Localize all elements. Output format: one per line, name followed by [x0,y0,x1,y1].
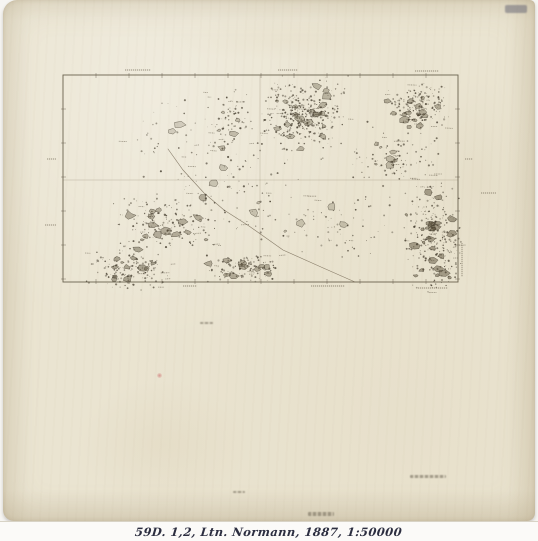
island-blob [204,238,208,241]
islet-dot [298,125,300,127]
islet-dot [428,104,429,105]
islet-dot [327,231,329,233]
island-blob [297,219,305,227]
islet-dot [339,230,340,231]
islet-dot [313,100,314,101]
islet-dot [280,134,282,136]
islet-dot [157,254,158,255]
islet-dot [316,124,318,126]
islet-dot [423,206,424,207]
islet-dot [410,164,412,166]
islet-dot [244,273,246,275]
islet-dot [138,215,139,216]
islet-dot [289,86,290,87]
islet-dot [420,91,422,93]
islet-dot [417,234,418,235]
islet-dot [141,233,142,234]
islet-dot [184,189,185,190]
islet-dot [290,118,292,120]
islet-dot [436,137,438,139]
islet-dot [375,160,377,162]
islet-dot [234,108,235,109]
islet-dot [309,97,310,98]
islet-dot [431,217,432,218]
islet-dot [310,131,312,133]
islet-dot [342,124,343,125]
islet-dot [108,276,110,278]
islet-dot [262,192,263,193]
islet-dot [419,86,420,87]
islet-dot [274,83,275,84]
islet-dot [400,114,402,116]
islet-dot [244,191,246,193]
islet-dot [146,204,148,206]
islet-dot [280,143,282,145]
islet-dot [421,219,423,221]
islet-dot [248,262,250,264]
islet-dot [390,113,391,114]
island-blob [400,116,409,123]
islet-dot [415,151,417,153]
islet-dot [431,87,432,88]
islet-dot [265,184,266,185]
islet-dot [176,199,177,200]
islet-dot [425,259,427,261]
islet-dot [431,242,432,243]
islet-dot [319,142,320,143]
islet-dot [435,114,436,115]
islet-dot [143,176,145,178]
islet-dot [166,217,167,218]
islet-dot [441,282,442,283]
islet-dot [298,142,300,144]
islet-dot [322,117,323,118]
islet-dot [88,282,90,284]
islet-dot [282,76,283,77]
islet-dot [333,95,335,97]
island-blob [161,227,171,235]
islet-dot [223,127,224,128]
islet-dot [147,274,149,276]
islet-dot [307,129,308,130]
islet-dot [444,262,446,264]
islet-dot [416,243,418,245]
islet-dot [235,112,237,114]
islet-dot [188,176,189,177]
islet-dot [459,252,460,253]
islet-dot [438,91,439,92]
islet-dot [302,99,304,101]
islet-dot [224,141,226,143]
islet-dot [252,211,253,212]
islet-dot [293,98,294,99]
islet-dot [412,266,413,267]
islet-dot [297,100,299,102]
islet-dot [232,140,233,141]
islet-dot [319,141,321,143]
islet-dot [432,232,433,233]
islet-dot [102,257,103,258]
islet-dot [339,229,340,230]
islet-dot [298,105,300,107]
islet-dot [224,212,226,214]
island-blob [218,146,225,151]
islet-dot [127,282,128,283]
islet-dot [231,142,232,143]
islet-dot [161,208,162,209]
islet-dot [257,256,259,258]
islet-dot [447,249,448,250]
islet-dot [355,209,357,211]
islet-dot [299,133,301,135]
islet-dot [333,117,335,119]
islet-dot [232,266,234,268]
island-blob [264,264,270,269]
island-blob [391,111,397,115]
islet-dot [179,202,180,203]
islet-dot [294,86,296,88]
islet-dot [409,107,411,109]
islet-dot [156,199,157,200]
islet-dot [176,209,178,211]
island-blob [425,189,433,196]
islet-dot [293,120,295,122]
islet-dot [403,107,405,109]
islet-dot [275,219,277,221]
islet-dot [190,217,191,218]
islet-dot [275,108,276,109]
islet-dot [153,151,154,152]
islet-dot [445,214,447,216]
island-blob [221,111,225,113]
islet-dot [335,105,336,106]
islet-dot [267,215,269,217]
islet-dot [432,215,433,216]
islet-dot [450,250,451,251]
islet-dot [325,216,327,218]
islet-dot [424,187,425,188]
islet-dot [144,229,145,230]
islet-dot [233,126,234,127]
islet-dot [219,279,221,281]
islet-dot [231,129,232,130]
island-blob [328,204,335,211]
islet-dot [420,254,421,255]
islet-dot [303,93,304,94]
islet-dot [172,222,174,224]
islet-dot [96,262,97,263]
islet-dot [313,219,314,220]
island-blob [121,262,124,264]
islet-dot [136,223,138,225]
island-blob [283,100,289,104]
islet-dot [120,272,122,274]
islet-dot [291,101,293,103]
islet-dot [424,119,426,121]
islet-dot [121,274,123,276]
islet-dot [427,96,428,97]
islet-dot [393,172,394,173]
islet-dot [236,105,237,106]
islet-dot [225,134,226,135]
islet-dot [130,202,132,204]
islet-dot [285,86,286,87]
island-blob [386,162,394,168]
islet-dot [243,185,245,187]
islet-dot [142,224,144,226]
islet-dot [268,130,270,132]
islet-dot [141,150,143,152]
islet-dot [320,245,322,247]
islet-dot [422,119,424,121]
islet-dot [327,129,328,130]
islet-dot [371,237,372,238]
islet-dot [433,270,434,271]
islet-dot [136,263,137,264]
islet-dot [205,218,206,219]
islet-dot [419,252,420,253]
islet-dot [441,108,442,109]
islet-dot [328,220,329,221]
islet-dot [290,90,292,92]
islet-dot [289,105,291,107]
islet-dot [436,244,437,245]
islet-dot [153,112,154,113]
islet-dot [241,107,243,109]
islet-dot [245,161,246,162]
islet-dot [143,221,144,222]
islet-dot [142,263,144,265]
islet-dot [337,231,339,233]
islet-dot [442,239,443,240]
islet-dot [421,83,423,85]
islet-dot [171,227,172,228]
islet-dot [148,232,149,233]
islet-dot [112,287,113,288]
islet-dot [327,117,328,118]
islet-dot [247,112,249,114]
islet-dot [327,227,328,228]
islet-dot [308,104,309,105]
islet-dot [251,128,252,129]
islet-dot [436,233,437,234]
islet-dot [346,240,347,241]
islet-dot [268,97,270,99]
islet-dot [433,102,435,104]
islet-dot [413,255,414,256]
islet-dot [401,173,402,174]
islet-dot [134,198,135,199]
island-blob [125,211,136,220]
island-blob [375,163,378,165]
islet-dot [153,286,155,288]
caption-strip: 59D. 1,2, Ltn. Normann, 1887, 1:50000 [0,521,538,541]
islet-dot [424,92,426,94]
islet-dot [419,118,420,119]
islet-dot [233,111,234,112]
islet-dot [308,101,309,102]
islet-dot [454,244,456,246]
island-blob [439,270,450,277]
islet-dot [441,86,443,88]
islet-dot [128,282,129,283]
islet-dot [265,262,266,263]
islet-dot [423,99,424,100]
islet-dot [317,117,318,118]
islet-dot [275,125,276,126]
islet-dot [237,227,238,228]
islet-dot [352,164,353,165]
islet-dot [441,186,442,187]
islet-dot [344,242,345,243]
islet-dot [334,226,335,227]
islet-dot [306,99,308,101]
islet-dot [235,266,236,267]
islet-dot [269,261,271,263]
islet-dot [313,140,315,142]
islet-dot [425,103,427,105]
islet-dot [165,246,167,248]
islet-dot [176,131,178,133]
islet-dot [96,252,97,253]
islet-dot [407,92,408,93]
islet-dot [144,213,145,214]
island-blob [325,115,328,117]
islet-dot [154,270,155,271]
islet-dot [266,183,267,184]
islet-dot [128,254,130,256]
islet-dot [222,128,224,130]
islet-dot [236,154,237,155]
islet-dot [282,95,284,97]
islet-dot [267,280,268,281]
islet-dot [352,176,354,178]
islet-dot [287,160,288,161]
islet-dot [148,264,149,265]
islet-dot [401,160,402,161]
islet-dot [431,266,432,267]
islet-dot [318,125,319,126]
islet-dot [223,219,224,220]
islet-dot [91,263,93,265]
islet-dot [377,160,378,161]
islet-dot [287,130,288,131]
islet-dot [156,193,157,194]
islet-dot [450,241,451,242]
islet-dot [448,117,449,118]
island-blob [407,125,412,128]
islet-dot [189,241,191,243]
islet-dot [208,145,209,146]
island-blob [217,129,221,131]
islet-dot [236,207,237,208]
islet-dot [276,106,277,107]
islet-dot [324,216,325,217]
islet-dot [271,117,272,118]
islet-dot [444,116,445,117]
islet-dot [365,199,366,200]
islet-dot [270,124,271,125]
islet-dot [161,238,163,240]
islet-dot [424,83,425,84]
islet-dot [278,96,279,97]
islet-dot [243,101,245,103]
island-blob [150,260,153,262]
islet-dot [446,196,447,197]
islet-dot [385,174,387,176]
islet-dot [120,267,121,268]
island-blob [407,99,415,104]
islet-dot [291,150,292,151]
islet-dot [221,269,223,271]
pencil-mark [410,475,446,478]
islet-dot [169,220,170,221]
islet-dot [332,138,333,139]
islet-dot [257,273,259,275]
islet-dot [286,114,287,115]
islet-dot [149,266,150,267]
islet-dot [132,284,133,285]
islet-dot [262,228,264,230]
islet-dot [412,107,413,108]
islet-dot [263,262,264,263]
islet-dot [246,221,247,222]
islet-dot [414,95,415,96]
islet-dot [289,84,291,86]
islet-dot [359,156,360,157]
islet-dot [122,251,123,252]
islet-dot [137,271,139,273]
islet-dot [332,108,334,110]
islet-dot [205,232,207,234]
islet-dot [394,101,396,103]
islet-dot [149,276,150,277]
islet-dot [428,164,430,166]
islet-dot [417,96,418,97]
islet-dot [300,91,302,93]
islet-dot [420,133,421,134]
islet-dot [162,281,164,283]
islet-dot [289,106,291,108]
islet-dot [430,89,431,90]
islet-dot [422,102,423,103]
islet-dot [222,272,223,273]
islet-dot [260,231,262,233]
islet-dot [304,136,306,138]
islet-dot [249,269,251,271]
islet-dot [431,188,432,189]
islet-dot [133,219,134,220]
islet-dot [160,170,162,172]
islet-dot [240,275,242,277]
islet-dot [283,148,285,150]
islet-dot [161,103,163,105]
islet-dot [175,213,177,215]
islet-dot [347,250,349,252]
islet-dot [230,264,231,265]
islet-dot [191,224,192,225]
islet-dot [239,181,240,182]
islet-dot [443,118,445,120]
islet-dot [353,248,355,250]
islet-dot [190,129,191,130]
islet-dot [145,222,146,223]
islet-dot [321,159,322,160]
islet-dot [326,86,328,88]
islet-dot [294,97,295,98]
islet-dot [222,104,224,106]
islet-dot [367,166,368,167]
